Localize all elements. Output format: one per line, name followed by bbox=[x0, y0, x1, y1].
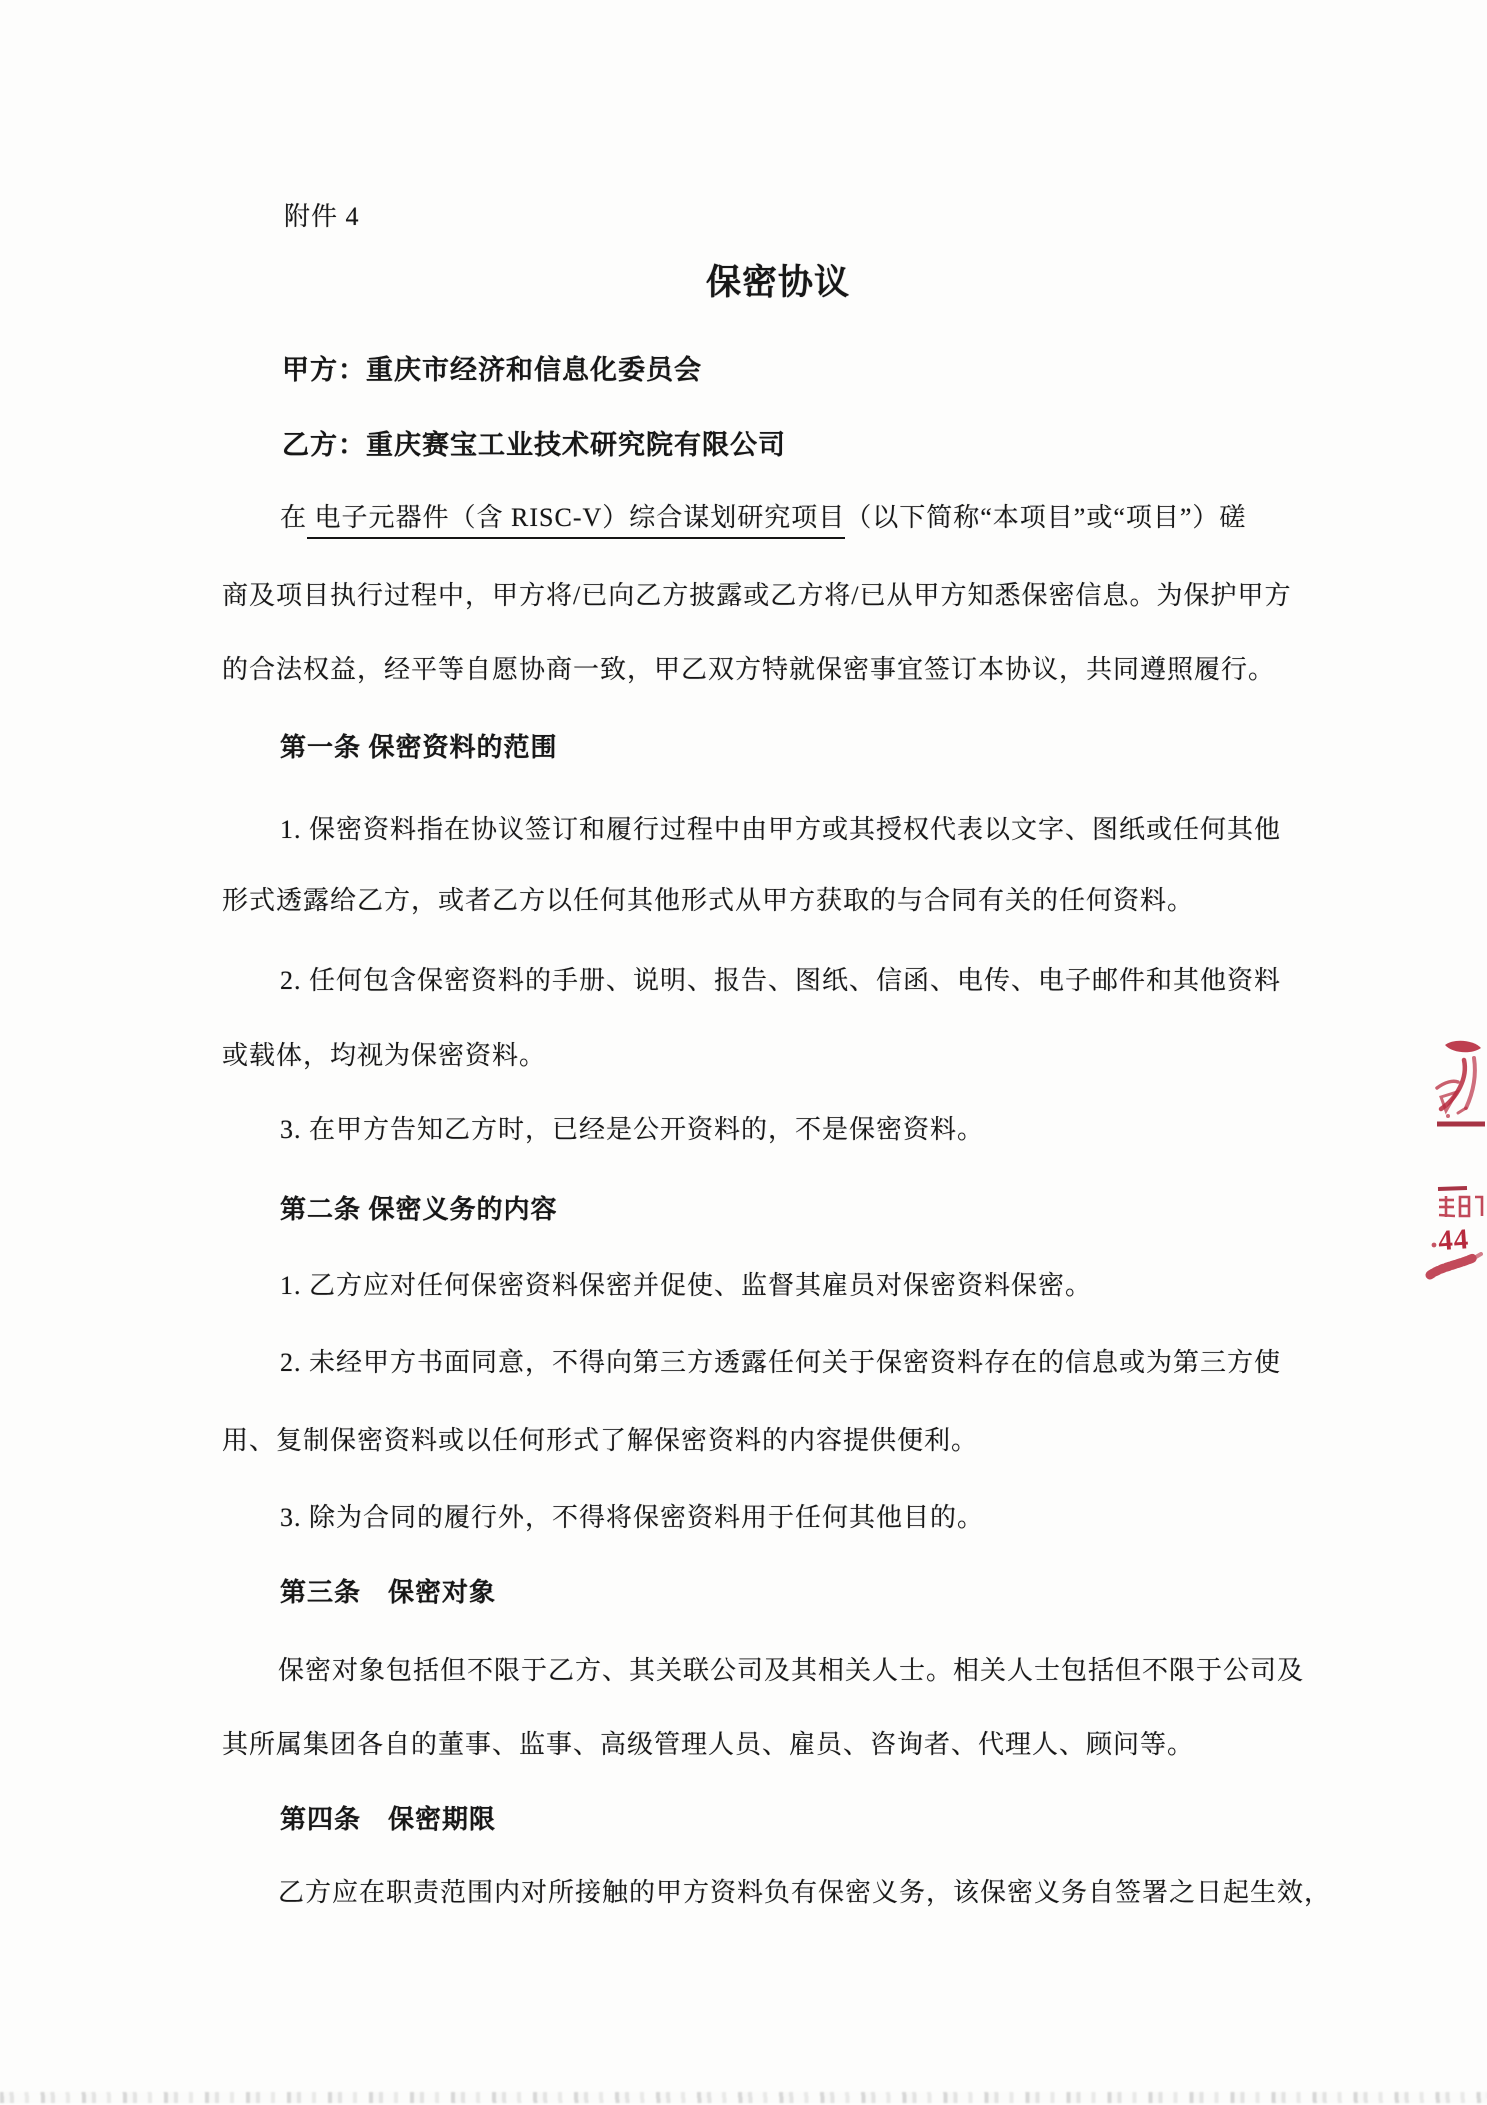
section-2-item-1: 1. 乙方应对任何保密资料保密并促使、监督其雇员对保密资料保密。 bbox=[280, 1269, 1092, 1303]
section-4-heading: 第四条 保密期限 bbox=[280, 1803, 496, 1837]
red-handwriting-mark-icon bbox=[1427, 1035, 1487, 1135]
section-1-item-1-line-1: 1. 保密资料指在协议签订和履行过程中由甲方或其授权代表以文字、图纸或任何其他 bbox=[280, 813, 1281, 847]
section-2-item-3: 3. 除为合同的履行外，不得将保密资料用于任何其他目的。 bbox=[280, 1501, 984, 1535]
section-3-body-line-1: 保密对象包括但不限于乙方、其关联公司及其相关人士。相关人士包括但不限于公司及 bbox=[278, 1654, 1304, 1688]
document-title: 保密协议 bbox=[706, 262, 850, 304]
section-2-heading: 第二条 保密义务的内容 bbox=[280, 1193, 558, 1227]
party-b-line: 乙方：重庆赛宝工业技术研究院有限公司 bbox=[282, 428, 786, 462]
intro-prefix: 在 bbox=[280, 503, 307, 532]
intro-line-2: 商及项目执行过程中，甲方将/已向乙方披露或乙方将/已从甲方知悉保密信息。为保护甲… bbox=[222, 579, 1291, 613]
red-page-number-stamp: 44 bbox=[1427, 1183, 1487, 1283]
section-2-item-2-line-1: 2. 未经甲方书面同意，不得向第三方透露任何关于保密资料存在的信息或为第三方使 bbox=[280, 1346, 1281, 1380]
section-1-item-2-line-2: 或载体，均视为保密资料。 bbox=[222, 1039, 546, 1073]
section-1-item-1-line-2: 形式透露给乙方，或者乙方以任何其他形式从甲方获取的与合同有关的任何资料。 bbox=[222, 884, 1194, 918]
intro-line-1: 在 电子元器件（含 RISC-V）综合谋划研究项目（以下简称“本项目”或“项目”… bbox=[280, 501, 1246, 535]
section-1-heading: 第一条 保密资料的范围 bbox=[280, 731, 558, 765]
party-a-line: 甲方：重庆市经济和信息化委员会 bbox=[282, 353, 702, 387]
section-3-body-line-2: 其所属集团各自的董事、监事、高级管理人员、雇员、咨询者、代理人、顾问等。 bbox=[222, 1728, 1194, 1762]
section-1-item-3: 3. 在甲方告知乙方时，已经是公开资料的，不是保密资料。 bbox=[280, 1113, 984, 1147]
section-2-item-2-line-2: 用、复制保密资料或以任何形式了解保密资料的内容提供便利。 bbox=[222, 1424, 978, 1458]
scan-noise-band bbox=[0, 2092, 1487, 2103]
project-name-underlined: 电子元器件（含 RISC-V）综合谋划研究项目 bbox=[307, 503, 845, 539]
attachment-label: 附件 4 bbox=[284, 200, 360, 234]
stamp-page-number-text: 44 bbox=[1437, 1223, 1470, 1257]
intro-suffix: （以下简称“本项目”或“项目”）磋 bbox=[845, 503, 1246, 532]
intro-line-3: 的合法权益，经平等自愿协商一致，甲乙双方特就保密事宜签订本协议，共同遵照履行。 bbox=[222, 653, 1275, 687]
section-3-heading: 第三条 保密对象 bbox=[280, 1576, 496, 1610]
scanned-document-page: 附件 4 保密协议 甲方：重庆市经济和信息化委员会 乙方：重庆赛宝工业技术研究院… bbox=[0, 0, 1487, 2105]
section-4-body-line-1: 乙方应在职责范围内对所接触的甲方资料负有保密义务，该保密义务自签署之日起生效， bbox=[278, 1876, 1331, 1910]
section-1-item-2-line-1: 2. 任何包含保密资料的手册、说明、报告、图纸、信函、电传、电子邮件和其他资料 bbox=[280, 964, 1281, 998]
